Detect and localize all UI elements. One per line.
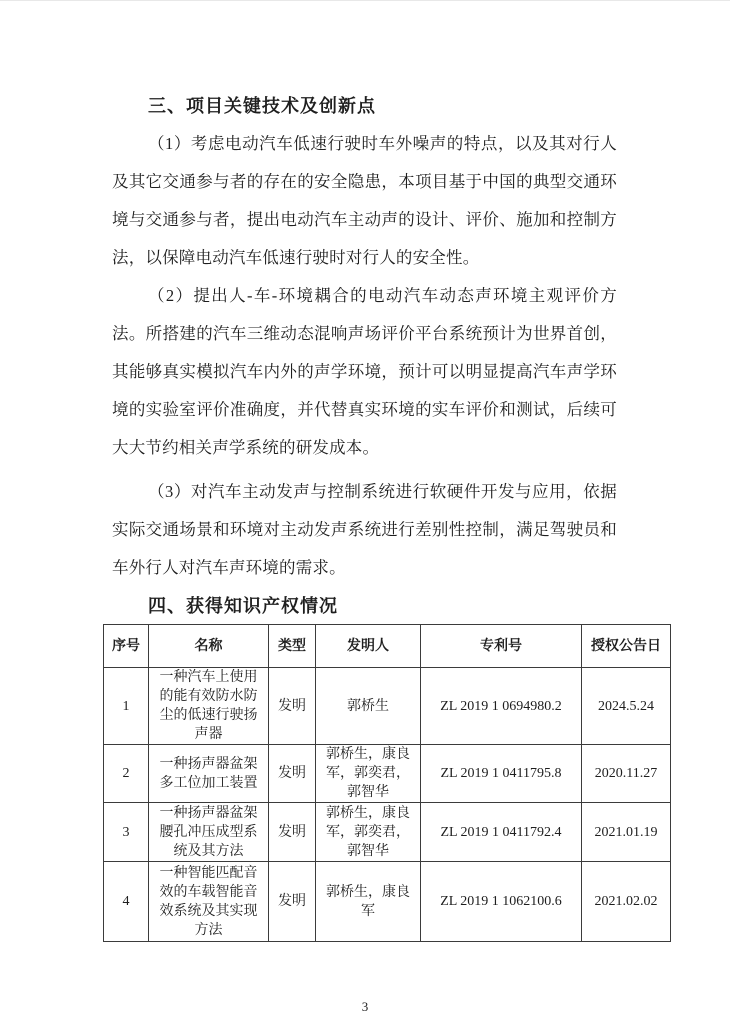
cell-index: 2 <box>104 745 149 803</box>
cell-patent-name: 一种汽车上使用的能有效防水防尘的低速行驶扬声器 <box>149 668 269 745</box>
cell-inventors: 郭桥生，康良军，郭奕君，郭智华 <box>316 745 421 803</box>
table-row: 1 一种汽车上使用的能有效防水防尘的低速行驶扬声器 发明 郭桥生 ZL 2019… <box>104 668 671 745</box>
cell-grant-date: 2024.5.24 <box>582 668 671 745</box>
document-page: 三、项目关键技术及创新点 （1）考虑电动汽车低速行驶时车外噪声的特点，以及其对行… <box>0 0 730 1032</box>
cell-index: 3 <box>104 803 149 862</box>
table-row: 4 一种智能匹配音效的车载智能音效系统及其实现方法 发明 郭桥生，康良军 ZL … <box>104 862 671 942</box>
paragraph-innovation-1: （1）考虑电动汽车低速行驶时车外噪声的特点，以及其对行人及其它交通参与者的存在的… <box>112 125 617 277</box>
col-header-type: 类型 <box>269 625 316 668</box>
page-content: 三、项目关键技术及创新点 （1）考虑电动汽车低速行驶时车外噪声的特点，以及其对行… <box>112 87 617 625</box>
cell-patent-name: 一种扬声器盆架多工位加工装置 <box>149 745 269 803</box>
cell-type: 发明 <box>269 668 316 745</box>
cell-patent-number: ZL 2019 1 1062100.6 <box>421 862 582 942</box>
cell-patent-number: ZL 2019 1 0694980.2 <box>421 668 582 745</box>
cell-inventors: 郭桥生 <box>316 668 421 745</box>
table-row: 2 一种扬声器盆架多工位加工装置 发明 郭桥生，康良军，郭奕君，郭智华 ZL 2… <box>104 745 671 803</box>
cell-grant-date: 2021.01.19 <box>582 803 671 862</box>
cell-patent-name: 一种智能匹配音效的车载智能音效系统及其实现方法 <box>149 862 269 942</box>
cell-index: 1 <box>104 668 149 745</box>
cell-inventors: 郭桥生，康良军，郭奕君，郭智华 <box>316 803 421 862</box>
col-header-grant-date: 授权公告日 <box>582 625 671 668</box>
patent-table: 序号 名称 类型 发明人 专利号 授权公告日 1 一种汽车上使用的能有效防水防尘… <box>103 624 671 942</box>
cell-grant-date: 2020.11.27 <box>582 745 671 803</box>
cell-grant-date: 2021.02.02 <box>582 862 671 942</box>
col-header-name: 名称 <box>149 625 269 668</box>
col-header-inventors: 发明人 <box>316 625 421 668</box>
cell-patent-name: 一种扬声器盆架腰孔冲压成型系统及其方法 <box>149 803 269 862</box>
section-heading-intellectual-property: 四、获得知识产权情况 <box>112 587 617 625</box>
col-header-patent-no: 专利号 <box>421 625 582 668</box>
cell-inventors: 郭桥生，康良军 <box>316 862 421 942</box>
cell-type: 发明 <box>269 803 316 862</box>
paragraph-innovation-2: （2）提出人-车-环境耦合的电动汽车动态声环境主观评价方法。所搭建的汽车三维动态… <box>112 277 617 467</box>
paragraph-innovation-3: （3）对汽车主动发声与控制系统进行软硬件开发与应用，依据实际交通场景和环境对主动… <box>112 473 617 587</box>
cell-type: 发明 <box>269 745 316 803</box>
cell-patent-number: ZL 2019 1 0411792.4 <box>421 803 582 862</box>
patent-table-header-row: 序号 名称 类型 发明人 专利号 授权公告日 <box>104 625 671 668</box>
table-row: 3 一种扬声器盆架腰孔冲压成型系统及其方法 发明 郭桥生，康良军，郭奕君，郭智华… <box>104 803 671 862</box>
cell-index: 4 <box>104 862 149 942</box>
section-heading-key-technology: 三、项目关键技术及创新点 <box>112 87 617 125</box>
cell-patent-number: ZL 2019 1 0411795.8 <box>421 745 582 803</box>
cell-type: 发明 <box>269 862 316 942</box>
col-header-index: 序号 <box>104 625 149 668</box>
page-number: 3 <box>0 999 730 1015</box>
